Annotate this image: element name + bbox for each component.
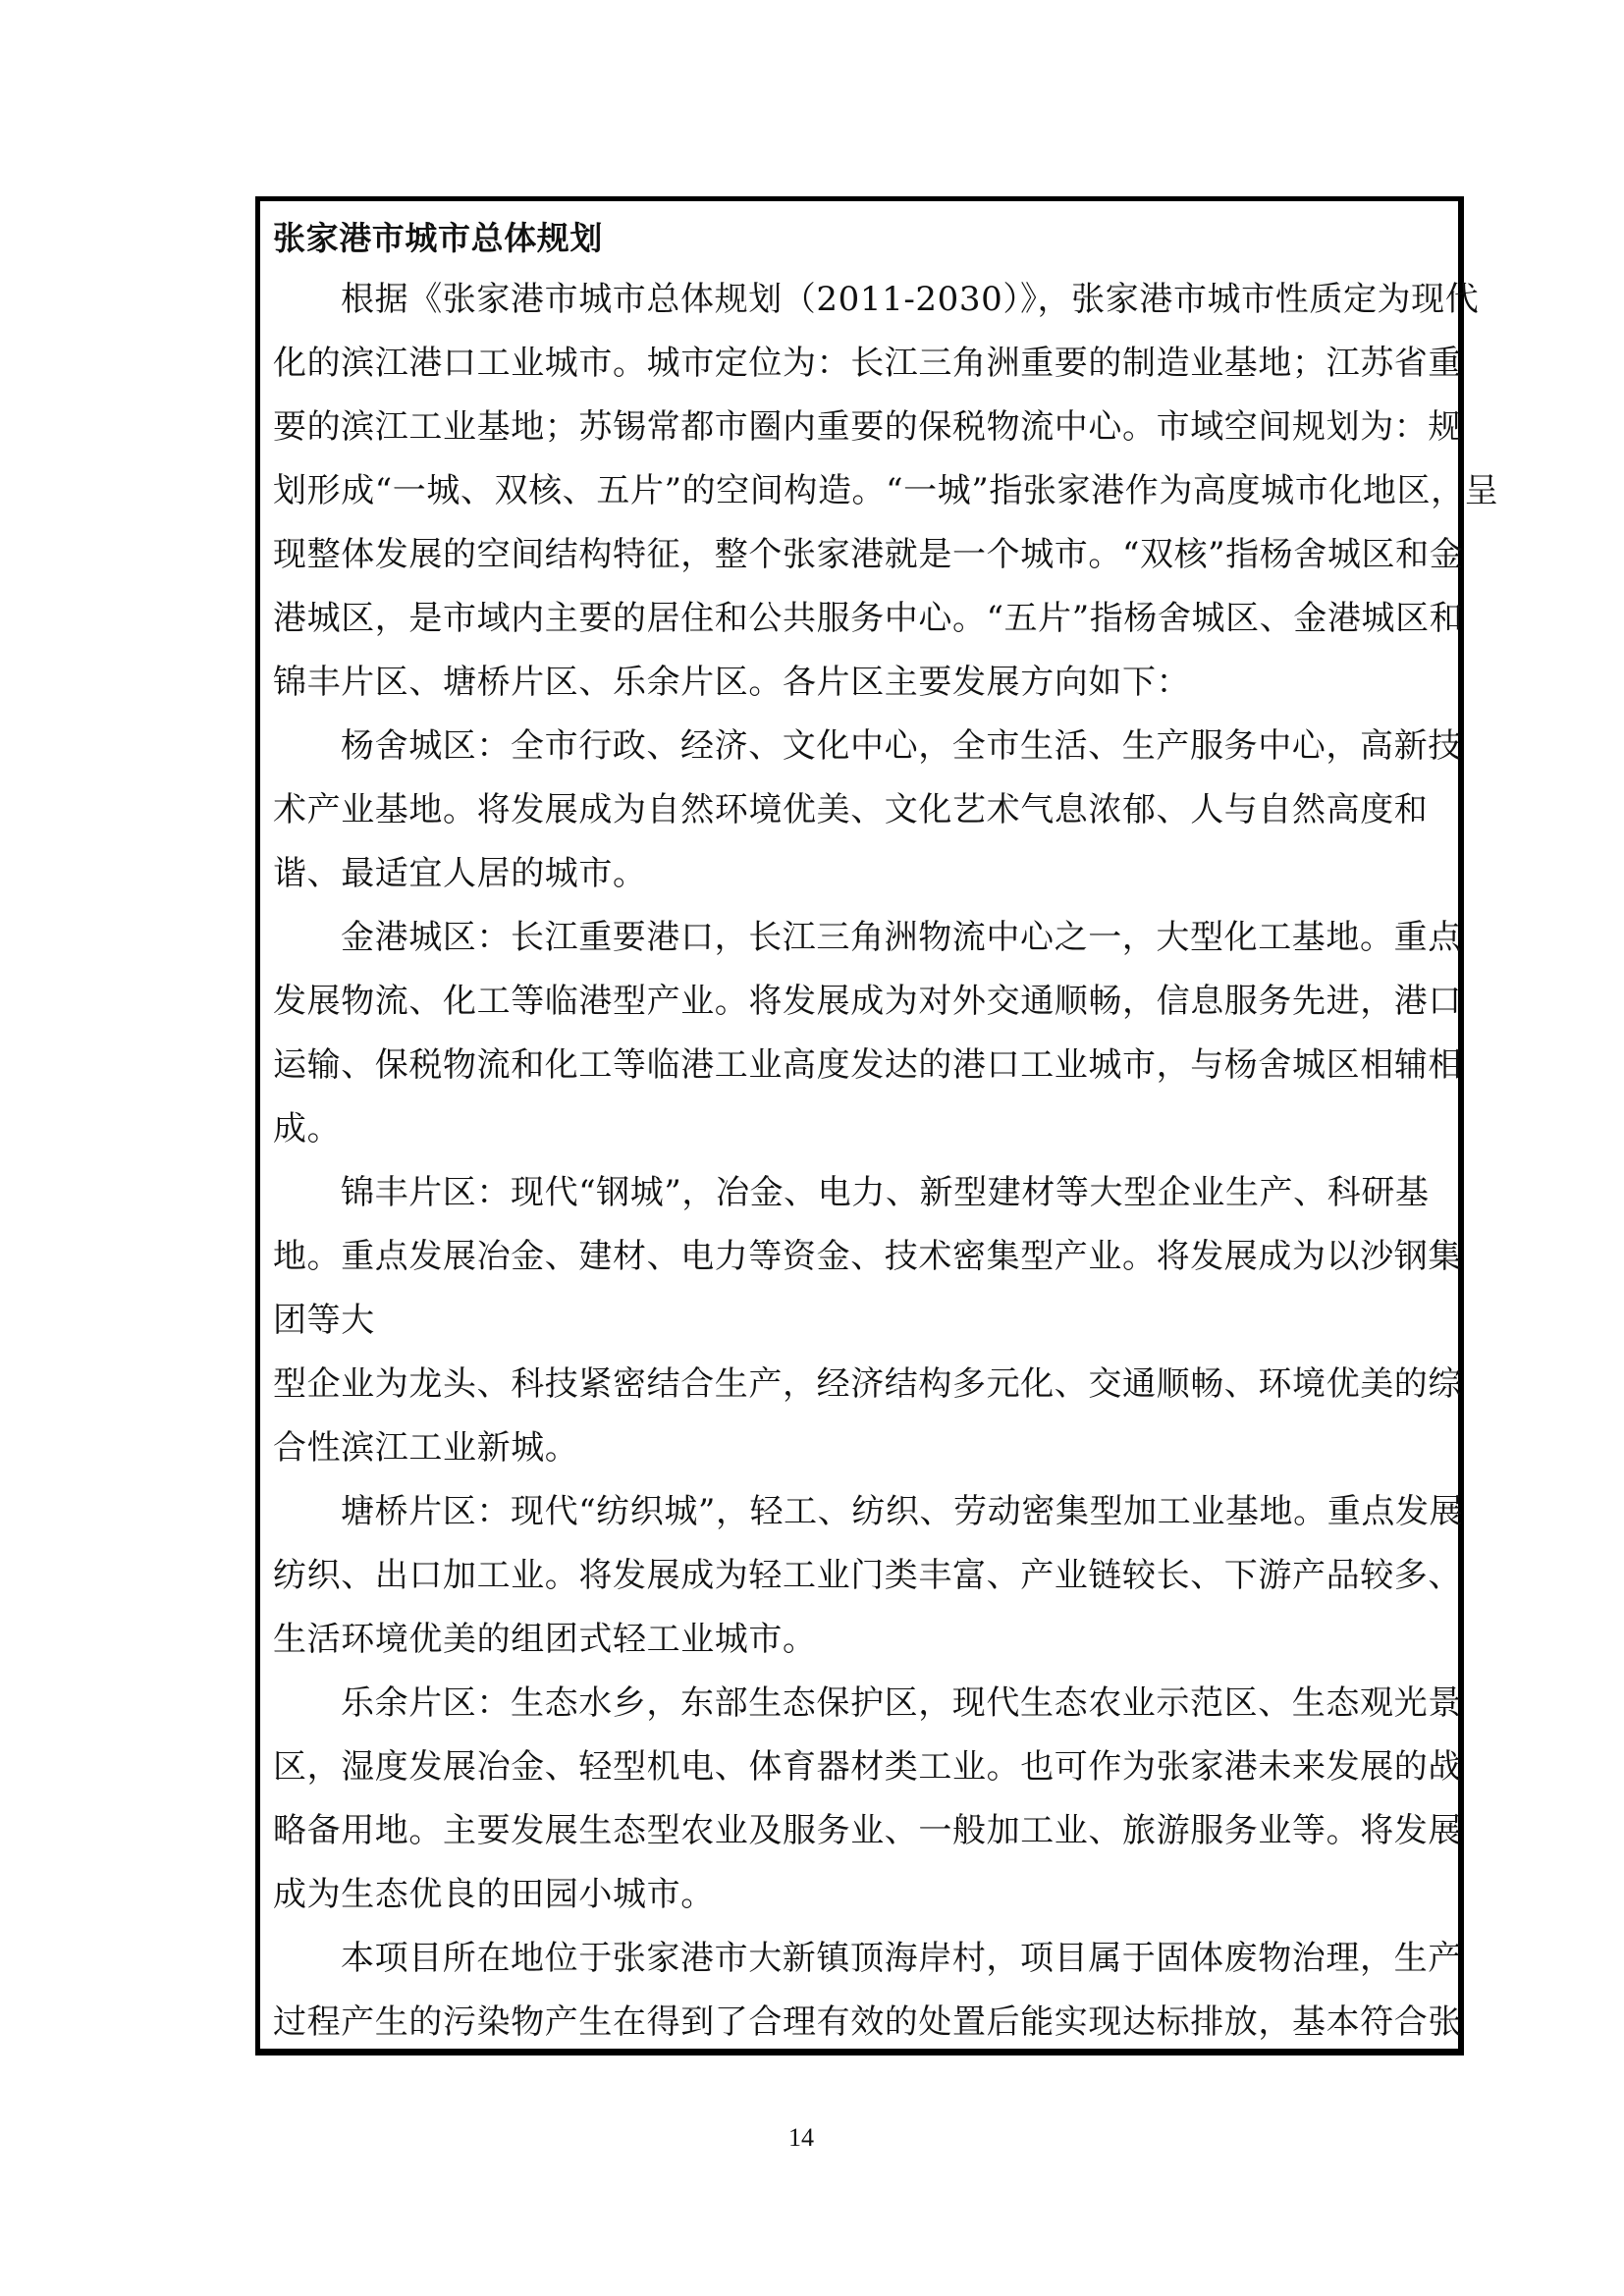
paragraph-line: 过程产生的污染物产生在得到了合理有效的处置后能实现达标排放，基本符合张 [273, 1991, 1462, 2055]
paragraph-line: 略备用地。主要发展生态型农业及服务业、一般加工业、旅游服务业等。将发展 [273, 1799, 1462, 1863]
content-frame: 张家港市城市总体规划 根据《张家港市城市总体规划（2011-2030）》，张家港… [255, 196, 1464, 2056]
paragraph-line: 地。重点发展冶金、建材、电力等资金、技术密集型产业。将发展成为以沙钢集 [273, 1225, 1462, 1289]
section-title: 张家港市城市总体规划 [273, 206, 603, 270]
paragraph-line: 谐、最适宜人居的城市。 [273, 842, 647, 906]
paragraph-line: 现整体发展的空间结构特征，整个张家港就是一个城市。“双核”指杨舍城区和金 [273, 523, 1463, 587]
paragraph-line: 发展物流、化工等临港型产业。将发展成为对外交通顺畅，信息服务先进，港口 [273, 970, 1462, 1034]
paragraph-line: 区，湿度发展冶金、轻型机电、体育器材类工业。也可作为张家港未来发展的战 [273, 1735, 1462, 1799]
paragraph-line: 术产业基地。将发展成为自然环境优美、文化艺术气息浓郁、人与自然高度和 [273, 778, 1428, 842]
paragraph-line: 型企业为龙头、科技紧密结合生产，经济结构多元化、交通顺畅、环境优美的综 [273, 1353, 1462, 1416]
paragraph-line: 成。 [273, 1097, 341, 1161]
paragraph-line: 乐余片区：生态水乡，东部生态保护区，现代生态农业示范区、生态观光景 [341, 1672, 1462, 1735]
paragraph-line: 锦丰片区：现代“钢城”，冶金、电力、新型建材等大型企业生产、科研基 [341, 1161, 1430, 1225]
paragraph-line: 根据《张家港市城市总体规划（2011-2030）》，张家港市城市性质定为现代 [341, 268, 1479, 332]
paragraph-line: 化的滨江港口工业城市。城市定位为：长江三角洲重要的制造业基地；江苏省重 [273, 332, 1462, 396]
paragraph-line: 生活环境优美的组团式轻工业城市。 [273, 1608, 817, 1672]
page-number: 14 [785, 2122, 817, 2154]
paragraph-line: 成为生态优良的田园小城市。 [273, 1863, 715, 1927]
paragraph-line: 团等大 [273, 1289, 375, 1353]
paragraph-line: 金港城区：长江重要港口，长江三角洲物流中心之一，大型化工基地。重点 [341, 906, 1462, 970]
paragraph-line: 本项目所在地位于张家港市大新镇顶海岸村，项目属于固体废物治理，生产 [341, 1927, 1462, 1991]
paragraph-line: 运输、保税物流和化工等临港工业高度发达的港口工业城市，与杨舍城区相辅相 [273, 1034, 1462, 1097]
paragraph-line: 合性滨江工业新城。 [273, 1416, 578, 1480]
paragraph-line: 杨舍城区：全市行政、经济、文化中心，全市生活、生产服务中心，高新技 [341, 715, 1462, 778]
paragraph-line: 港城区，是市域内主要的居住和公共服务中心。“五片”指杨舍城区、金港城区和 [273, 587, 1463, 651]
paragraph-line: 塘桥片区：现代“纺织城”，轻工、纺织、劳动密集型加工业基地。重点发展 [341, 1480, 1463, 1544]
paragraph-line: 要的滨江工业基地；苏锡常都市圈内重要的保税物流中心。市域空间规划为：规 [273, 396, 1462, 459]
paragraph-line: 锦丰片区、塘桥片区、乐余片区。各片区主要发展方向如下： [273, 651, 1190, 715]
paragraph-line: 纺织、出口加工业。将发展成为轻工业门类丰富、产业链较长、下游产品较多、 [273, 1544, 1462, 1608]
paragraph-line: 划形成“一城、双核、五片”的空间构造。“一城”指张家港作为高度城市化地区，呈 [273, 459, 1498, 523]
